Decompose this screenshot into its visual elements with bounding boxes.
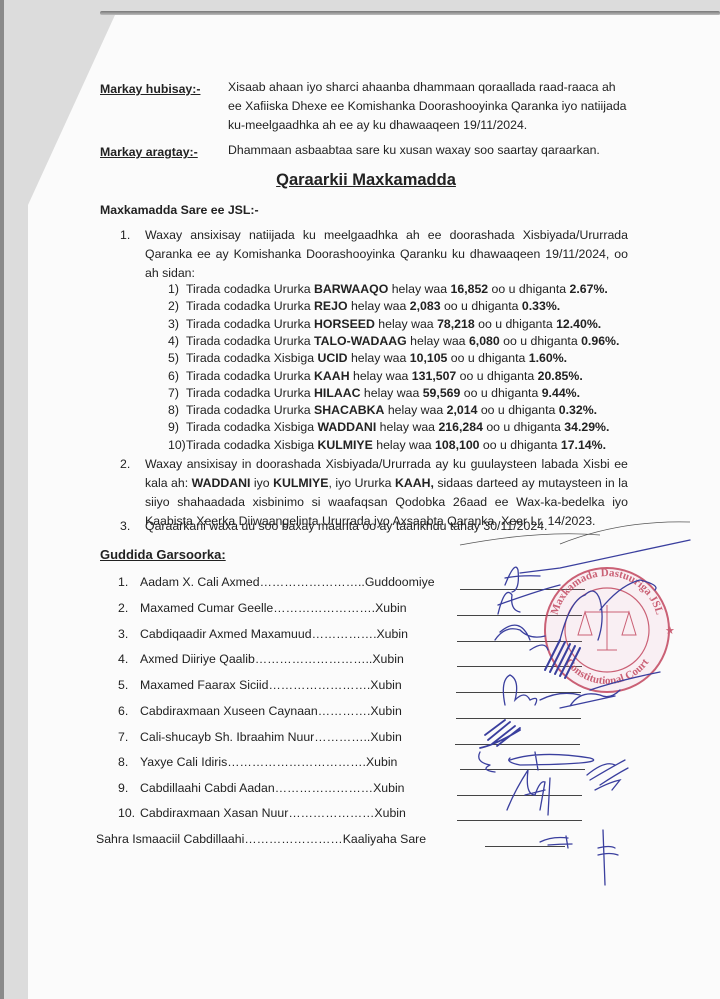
member-number: 6. (118, 704, 140, 718)
result-row: 2) Tirada codadka Ururka REJO helay waa … (168, 299, 560, 313)
result-percent: 0.32%. (559, 403, 597, 417)
member-name: Maxamed Cumar Geelle (140, 601, 273, 615)
result-text: helay waa (407, 334, 469, 348)
member-number: 2. (118, 601, 140, 615)
panel-member-row: 2.Maxamed Cumar Geelle…………………….Xubin (118, 601, 407, 615)
result-percent: 2.67%. (570, 282, 608, 296)
aragtay-label: Markay aragtay:- (100, 145, 198, 159)
result-label: Tirada codadka Xisbiga (186, 420, 317, 434)
member-dots: ……………. (312, 627, 377, 641)
result-party: HORSEED (314, 317, 375, 331)
result-percent: 17.14%. (561, 438, 606, 452)
decision-3-line: Qaraarkani waxa uu soo baxay maanta oo a… (145, 517, 547, 536)
member-role: Guddoomiye (365, 575, 435, 589)
member-role: Xubin (370, 678, 401, 692)
result-row: 3) Tirada codadka Ururka HORSEED helay w… (168, 317, 601, 331)
clerk-name: Sahra Ismaaciil Cabdillaahi (96, 832, 244, 846)
paper-fold-edge (100, 11, 720, 15)
result-row: 1) Tirada codadka Ururka BARWAAQO helay … (168, 282, 608, 296)
member-dots: …………………… (275, 781, 373, 795)
result-label: Tirada codadka Ururka (186, 369, 314, 383)
decision-2-line: kalaah:WADDANIiyoKULMIYE,iyoUrurkaKAAH,s… (145, 474, 628, 493)
result-text: oo u dhiganta (447, 351, 528, 365)
result-number: 1) (168, 282, 186, 296)
result-text: helay waa (375, 317, 437, 331)
result-label: Tirada codadka Ururka (186, 334, 314, 348)
result-number: 3) (168, 317, 186, 331)
result-party: KULMIYE (317, 438, 372, 452)
panel-member-row: 7.Cali-shucayb Sh. Ibraahim Nuur…………..Xu… (118, 730, 402, 744)
panel-member-row: 10.Cabdiraxmaan Xasan Nuur…………………Xubin (118, 806, 406, 820)
member-number: 10. (118, 806, 140, 820)
member-signature-line (456, 692, 581, 693)
result-votes: 2,014 (447, 403, 478, 417)
result-row: 6) Tirada codadka Ururka KAAH helay waa … (168, 369, 583, 383)
result-number: 5) (168, 351, 186, 365)
result-votes: 216,284 (438, 420, 482, 434)
member-name: Cabdiraxmaan Xuseen Caynaan (140, 704, 318, 718)
member-number: 3. (118, 627, 140, 641)
member-number: 4. (118, 652, 140, 666)
result-percent: 20.85%. (538, 369, 583, 383)
result-text: helay waa (388, 282, 450, 296)
result-party: SHACABKA (314, 403, 384, 417)
result-text: helay waa (376, 420, 438, 434)
result-text: oo u dhiganta (483, 420, 564, 434)
panel-member-row: 3.Cabdiqaadir Axmed Maxamuud…………….Xubin (118, 627, 408, 641)
panel-member-row: 1.Aadam X. Cali Axmed……………………..Guddoomiy… (118, 575, 435, 589)
member-signature-line (457, 666, 582, 667)
result-party: TALO-WADAAG (314, 334, 407, 348)
panel-member-row: 5.Maxamed Faarax Siciid…………………….Xubin (118, 678, 402, 692)
panel-member-row: 8.Yaxye Cali Idiris…………………………….Xubin (118, 755, 397, 769)
result-percent: 12.40%. (556, 317, 601, 331)
result-label: Tirada codadka Ururka (186, 386, 314, 400)
decision-1-number: 1. (120, 226, 130, 245)
result-number: 2) (168, 299, 186, 313)
result-text: oo u dhiganta (441, 299, 522, 313)
member-dots: ……………………………. (227, 755, 366, 769)
clerk-signature-line (485, 846, 565, 847)
member-signature-line (457, 641, 582, 642)
member-dots: …………. (318, 704, 371, 718)
member-dots: ……………………. (268, 678, 370, 692)
result-label: Tirada codadka Ururka (186, 299, 314, 313)
hubisay-label: Markay hubisay:- (100, 82, 200, 96)
result-label: Tirada codadka Ururka (186, 403, 314, 417)
member-signature-line (460, 589, 585, 590)
result-party: BARWAAQO (314, 282, 388, 296)
hubisay-line-3: ku-meelgaadhka ah ee ay ku dhawaaqeen 19… (228, 116, 527, 135)
panel-heading: Guddida Garsoorka: (100, 547, 226, 562)
member-dots: ………….. (314, 730, 370, 744)
result-percent: 0.96%. (581, 334, 619, 348)
member-name: Cabdillaahi Cabdi Aadan (140, 781, 275, 795)
member-signature-line (457, 820, 582, 821)
member-number: 1. (118, 575, 140, 589)
result-party: WADDANI (317, 420, 376, 434)
d1-line: QarankaeeayKomishankaDoorashooyinkaQaran… (145, 245, 628, 264)
result-percent: 34.29%. (564, 420, 609, 434)
result-number: 9) (168, 420, 186, 434)
result-votes: 6,080 (469, 334, 500, 348)
member-name: Yaxye Cali Idiris (140, 755, 227, 769)
hubisay-line-2: ee Xafiiska Dhexe ee Komishanka Doorasho… (228, 97, 627, 116)
member-name: Cabdiqaadir Axmed Maxamuud (140, 627, 312, 641)
member-role: Xubin (370, 730, 401, 744)
member-role: Xubin (372, 652, 403, 666)
member-dots: ………………… (288, 806, 374, 820)
member-role: Xubin (373, 781, 404, 795)
result-percent: 9.44%. (542, 386, 580, 400)
result-votes: 78,218 (437, 317, 475, 331)
result-votes: 10,105 (410, 351, 448, 365)
result-label: Tirada codadka Ururka (186, 282, 314, 296)
result-party: HILAAC (314, 386, 360, 400)
member-name: Cabdiraxmaan Xasan Nuur (140, 806, 288, 820)
member-name: Maxamed Faarax Siciid (140, 678, 268, 692)
member-role: Xubin (374, 806, 405, 820)
result-row: 4) Tirada codadka Ururka TALO-WADAAG hel… (168, 334, 619, 348)
result-party: UCID (317, 351, 347, 365)
result-row: 7) Tirada codadka Ururka HILAAC helay wa… (168, 386, 580, 400)
clerk-role: Kaaliyaha Sare (343, 832, 426, 846)
result-text: oo u dhiganta (477, 403, 558, 417)
member-dots: ……………………….. (255, 652, 373, 666)
result-percent: 1.60%. (529, 351, 567, 365)
result-text: helay waa (350, 369, 412, 383)
result-text: oo u dhiganta (460, 386, 541, 400)
result-number: 4) (168, 334, 186, 348)
member-signature-line (456, 718, 581, 719)
clerk-row: Sahra Ismaaciil Cabdillaahi……………………Kaali… (96, 830, 426, 849)
result-label: Tirada codadka Ururka (186, 317, 314, 331)
panel-member-row: 6.Cabdiraxmaan Xuseen Caynaan………….Xubin (118, 704, 402, 718)
result-label: Tirada codadka Xisbiga (186, 351, 317, 365)
member-dots: …………………….. (260, 575, 365, 589)
result-row: 9) Tirada codadka Xisbiga WADDANI helay … (168, 420, 609, 434)
member-name: Cali-shucayb Sh. Ibraahim Nuur (140, 730, 314, 744)
clerk-dots: …………………… (244, 832, 342, 846)
d1-line: Waxayansixisaynatiijadakumeelgaadhkaahee… (145, 226, 628, 245)
result-number: 8) (168, 403, 186, 417)
result-text: oo u dhiganta (500, 334, 581, 348)
result-number: 7) (168, 386, 186, 400)
member-name: Aadam X. Cali Axmed (140, 575, 260, 589)
member-signature-line (460, 769, 585, 770)
result-votes: 108,100 (435, 438, 479, 452)
member-number: 5. (118, 678, 140, 692)
document-title: Qaraarkii Maxkamadda (0, 171, 720, 190)
member-signature-line (457, 795, 582, 796)
result-text: oo u dhiganta (475, 317, 556, 331)
member-number: 7. (118, 730, 140, 744)
member-role: Xubin (366, 755, 397, 769)
result-text: oo u dhiganta (488, 282, 569, 296)
panel-member-row: 9.Cabdillaahi Cabdi Aadan……………………Xubin (118, 781, 405, 795)
decision-2-line: siiyoshahaadadaxisbinimosiwaafaqsanQodob… (145, 493, 628, 512)
panel-member-row: 4.Axmed Diiriye Qaalib………………………..Xubin (118, 652, 404, 666)
background-edge (0, 0, 4, 999)
result-row: 5) Tirada codadka Xisbiga UCID helay waa… (168, 351, 567, 365)
decision-2-number: 2. (120, 455, 130, 474)
member-name: Axmed Diiriye Qaalib (140, 652, 255, 666)
aragtay-text: Dhammaan asbaabtaa sare ku xusan waxay s… (228, 141, 600, 160)
member-signature-line (455, 744, 580, 745)
member-signature-line (457, 615, 582, 616)
result-row: 10) Tirada codadka Xisbiga KULMIYE helay… (168, 438, 606, 452)
d1-line: ah sidan: (145, 264, 195, 283)
result-text: helay waa (348, 299, 410, 313)
decision-3-number: 3. (120, 517, 130, 536)
member-role: Xubin (375, 601, 406, 615)
result-number: 6) (168, 369, 186, 383)
result-votes: 16,852 (451, 282, 489, 296)
result-text: helay waa (348, 351, 410, 365)
result-percent: 0.33%. (522, 299, 560, 313)
member-number: 8. (118, 755, 140, 769)
result-party: KAAH (314, 369, 350, 383)
decision-2-line: WaxayansixisayindoorashadaXisbiyada/Urur… (145, 455, 628, 474)
court-heading: Maxkamadda Sare ee JSL:- (100, 203, 259, 217)
result-number: 10) (168, 438, 186, 452)
result-text: helay waa (384, 403, 446, 417)
result-party: REJO (314, 299, 348, 313)
result-label: Tirada codadka Xisbiga (186, 438, 317, 452)
result-text: helay waa (361, 386, 423, 400)
result-row: 8) Tirada codadka Ururka SHACABKA helay … (168, 403, 597, 417)
result-votes: 131,507 (412, 369, 456, 383)
result-votes: 2,083 (410, 299, 441, 313)
result-text: helay waa (373, 438, 435, 452)
result-text: oo u dhiganta (480, 438, 561, 452)
member-role: Xubin (376, 627, 407, 641)
member-dots: ……………………. (273, 601, 375, 615)
hubisay-line-1: Xisaab ahaan iyo sharci ahaanba dhammaan… (228, 78, 616, 97)
result-votes: 59,569 (423, 386, 461, 400)
member-number: 9. (118, 781, 140, 795)
result-text: oo u dhiganta (456, 369, 537, 383)
member-role: Xubin (370, 704, 401, 718)
